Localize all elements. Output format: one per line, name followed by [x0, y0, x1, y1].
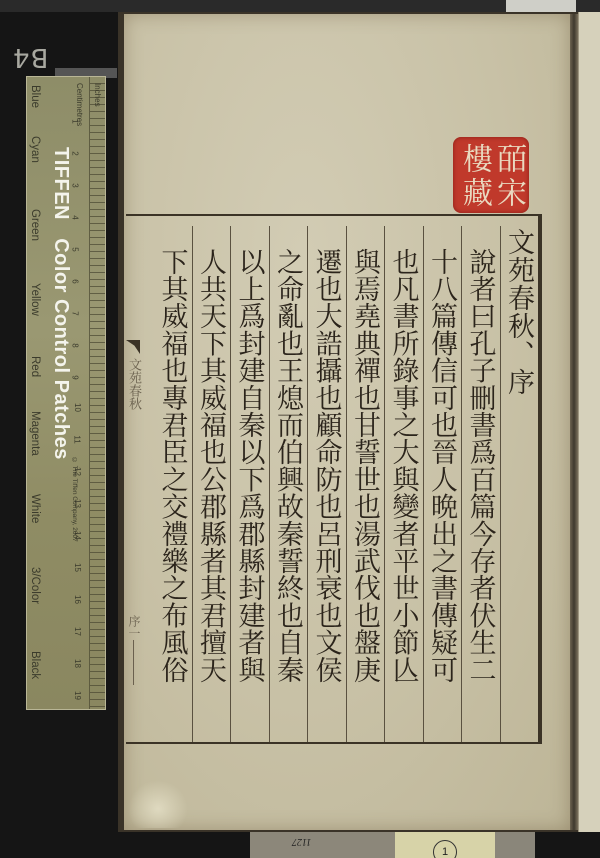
seal-char: 樓	[457, 141, 491, 175]
text-column: 之命亂也王熄而伯興故秦誓終也自秦	[269, 226, 308, 742]
swatch-labels: Blue Cyan Green Yellow Red Magenta White…	[29, 85, 41, 701]
swatch-red: Red	[29, 356, 41, 408]
swatch-black: Black	[29, 651, 41, 701]
handwritten-note: 1127	[292, 836, 311, 847]
backdrop-size-label: B4	[12, 42, 48, 72]
swatch-cyan: Cyan	[29, 136, 41, 206]
page-number-tab: 1	[395, 832, 495, 858]
bottom-note-paper: 1127	[250, 832, 395, 858]
margin-title: 文苑春秋	[126, 358, 140, 410]
seal-char: 皕	[491, 141, 525, 175]
brand-name: TIFFEN	[50, 147, 72, 220]
text-column: 下其威福也專君臣之交禮樂之布風俗	[153, 226, 192, 742]
unit-inches-label: Inches	[93, 83, 102, 107]
text-column: 以上爲封建自秦以下爲郡縣封建者與	[230, 226, 269, 742]
adjacent-page	[578, 12, 600, 832]
swatch-yellow: Yellow	[29, 283, 41, 353]
seal-char: 藏	[457, 175, 491, 209]
block-center-margin: 文苑春秋 序一	[126, 340, 140, 690]
swatch-3color: 3/Color	[29, 567, 41, 647]
cm-scale: 1 2 3 4 5 6 7 8 9 10 11 12 13 14 15 16 1…	[73, 77, 87, 709]
card-title: Color Control Patches	[50, 238, 72, 460]
text-column: 也凡書所錄事之大與變者平世小節亾	[384, 226, 423, 742]
margin-rule	[133, 640, 134, 685]
inch-ticks	[89, 77, 106, 709]
color-control-card: Inches Centimetres TIFFEN Color Control …	[26, 76, 106, 710]
text-column: 十八篇傳信可也晉人晩出之書傳疑可	[423, 226, 462, 742]
text-column: 與焉堯典禪也甘誓世也湯武伐也盤庚	[346, 226, 385, 742]
fish-tail-mark	[126, 340, 140, 354]
column-title: 文苑春秋、序	[500, 226, 539, 742]
text-column: 人共天下其威福也公郡縣者其君擅天	[192, 226, 231, 742]
swatch-magenta: Magenta	[29, 411, 41, 491]
circled-page-number: 1	[433, 840, 457, 858]
swatch-white: White	[29, 494, 41, 564]
text-column: 遷也大誥攝也顧命防也呂刑衰也文侯	[307, 226, 346, 742]
card-brand-title: TIFFEN Color Control Patches	[49, 147, 72, 460]
swatch-blue: Blue	[29, 85, 41, 133]
collector-seal: 皕 宋 樓 藏	[453, 137, 529, 213]
seal-char: 宋	[491, 175, 525, 209]
bottom-paper-edge	[495, 832, 535, 858]
swatch-green: Green	[29, 209, 41, 279]
top-light-paper	[506, 0, 576, 12]
book-spine	[570, 14, 578, 830]
paper-stain	[128, 780, 188, 828]
text-column: 說者曰孔子刪書爲百篇今存者伏生二	[461, 226, 500, 742]
text-columns: 文苑春秋、序 說者曰孔子刪書爲百篇今存者伏生二 十八篇傳信可也晉人晩出之書傳疑可…	[140, 226, 538, 742]
